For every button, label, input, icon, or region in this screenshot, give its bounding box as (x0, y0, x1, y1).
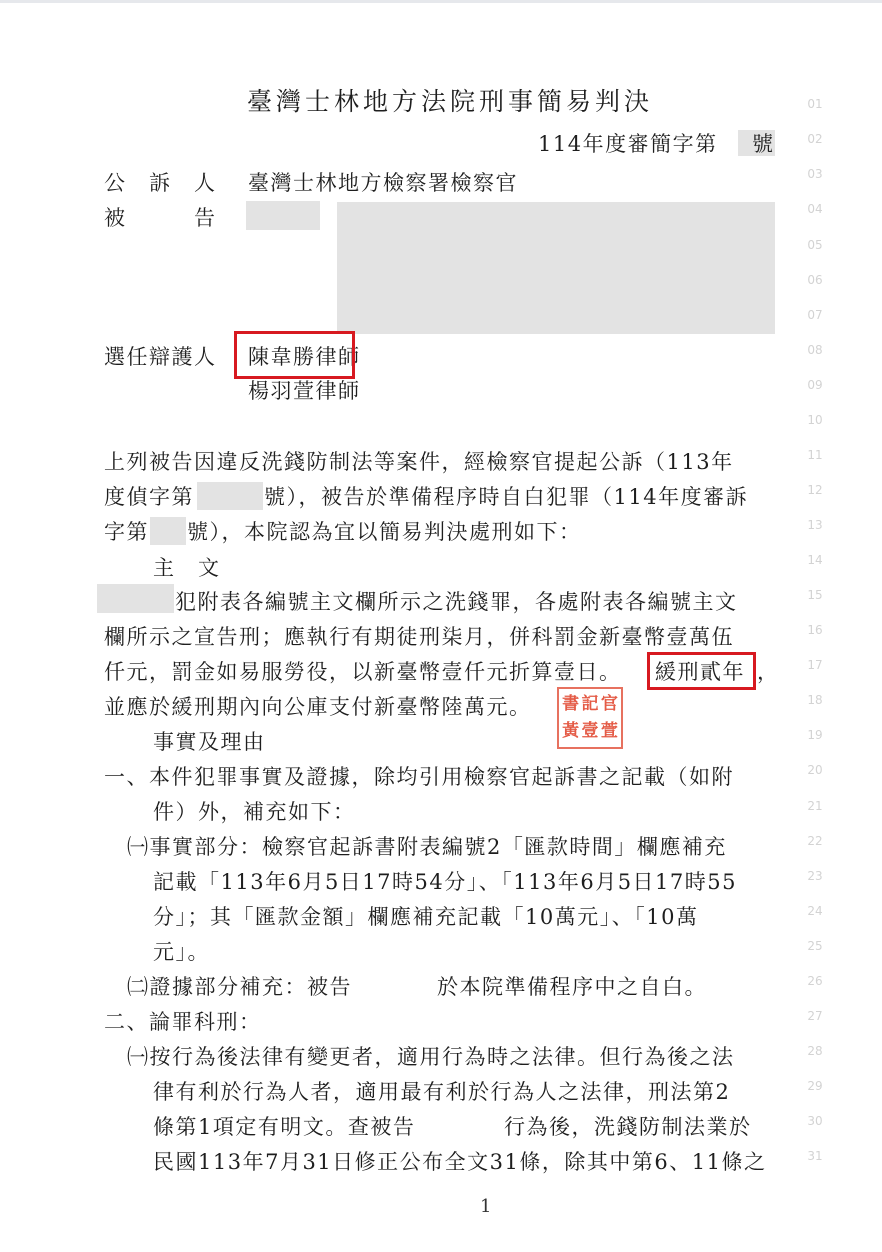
main-text-line-3b: ， (757, 659, 780, 685)
judgment-page: 臺灣士林地方法院刑事簡易判決 114年度審簡字第 號 公 訴 人 臺灣士林地方檢… (0, 0, 882, 1252)
line-number: 18 (800, 693, 830, 707)
main-text-line-3a: 仟元，罰金如易服勞役，以新臺幣壹仟元折算壹日。 (104, 659, 622, 685)
section-1-line-1: 一、本件犯罪事實及證據，除均引用檢察官起訴書之記載（如附 (104, 764, 734, 790)
line-number: 26 (800, 974, 830, 988)
line-number: 27 (800, 1009, 830, 1023)
prosecutor-label: 公 訴 人 (104, 170, 217, 196)
section-2a-line-3b: 行為後，洗錢防制法業於 (504, 1114, 752, 1140)
line-number: 31 (800, 1149, 830, 1163)
line-number: 22 (800, 834, 830, 848)
line-number: 01 (800, 97, 830, 111)
page-number: 1 (480, 1196, 491, 1217)
line-number: 09 (800, 378, 830, 392)
seal-char: 黃 (561, 723, 580, 740)
line-number: 21 (800, 799, 830, 813)
intro-line-2b: 號），被告於準備程序時自白犯罪（114年度審訴 (264, 484, 748, 510)
line-number: 12 (800, 483, 830, 497)
seal-char: 記 (580, 696, 599, 713)
section-1a-line-4: 元」。 (153, 939, 210, 965)
intro-line-2a: 度偵字第 (104, 484, 194, 510)
defense-label: 選任辯護人 (104, 344, 217, 370)
line-number: 08 (800, 343, 830, 357)
line-number: 02 (800, 132, 830, 146)
intro-line-3a: 字第 (104, 519, 149, 545)
line-number: 24 (800, 904, 830, 918)
section-1a-line-2: 記載「113年6月5日17時54分」、「113年6月5日17時55 (153, 869, 737, 895)
section-1a-line-1: ㈠事實部分：檢察官起訴書附表編號2「匯款時間」欄應補充 (127, 834, 727, 860)
seal-char: 書 (561, 696, 580, 713)
section-1b-line-1a: ㈡證據部分補充：被告 (127, 974, 352, 1000)
line-number: 04 (800, 202, 830, 216)
redaction-trial-number (150, 517, 186, 545)
intro-line-1: 上列被告因違反洗錢防制法等案件，經檢察官提起公訴（113年 (104, 449, 734, 475)
section-1b-line-1b: 於本院準備程序中之自白。 (437, 974, 707, 1000)
line-number: 15 (800, 588, 830, 602)
section-2a-line-3a: 條第1項定有明文。查被告 (153, 1114, 415, 1140)
main-text-heading: 主 文 (153, 555, 221, 581)
seal-char: 壹 (580, 723, 599, 740)
line-number: 14 (800, 553, 830, 567)
line-number: 30 (800, 1114, 830, 1128)
section-2a-line-1: ㈠按行為後法律有變更者，適用行為時之法律。但行為後之法 (127, 1044, 735, 1070)
section-1-line-2: 件）外，補充如下： (153, 799, 356, 825)
case-number-prefix: 114年度審簡字第 (538, 131, 718, 157)
prosecutor-name: 臺灣士林地方檢察署檢察官 (248, 170, 518, 196)
section-1a-line-3: 分」；其「匯款金額」欄應補充記載「10萬元」、「10萬 (153, 904, 698, 930)
section-2a-line-4: 民國113年7月31日修正公布全文31條，除其中第6、11條之 (153, 1149, 766, 1175)
highlight-box-probation (647, 652, 756, 690)
section-2a-line-2: 律有利於行為人者，適用最有利於行為人之法律，刑法第2 (153, 1079, 730, 1105)
line-number: 20 (800, 763, 830, 777)
line-number: 06 (800, 273, 830, 287)
case-number-suffix: 號 (752, 131, 775, 157)
line-number: 17 (800, 658, 830, 672)
main-text-line-1: 犯附表各編號主文欄所示之洗錢罪，各處附表各編號主文 (175, 589, 738, 615)
intro-line-3b: 號），本院認為宜以簡易判決處刑如下： (187, 519, 582, 545)
line-number: 25 (800, 939, 830, 953)
seal-char: 萱 (600, 723, 619, 740)
defense-attorney-2: 楊羽萱律師 (248, 378, 361, 404)
line-number: 11 (800, 448, 830, 462)
redaction-indictment-number (197, 482, 263, 510)
line-number: 05 (800, 238, 830, 252)
line-number: 28 (800, 1044, 830, 1058)
highlight-box-attorney (234, 331, 355, 379)
line-number: 19 (800, 728, 830, 742)
line-number: 07 (800, 308, 830, 322)
line-number: 13 (800, 518, 830, 532)
defendant-label: 被 告 (104, 205, 217, 231)
redaction-defendant-name (246, 201, 320, 230)
line-number: 29 (800, 1079, 830, 1093)
line-number: 23 (800, 869, 830, 883)
line-number: 16 (800, 623, 830, 637)
clerk-seal-stamp: 書 記 官 黃 壹 萱 (557, 687, 623, 749)
document-title: 臺灣士林地方法院刑事簡易判決 (247, 89, 653, 115)
main-text-line-2: 欄所示之宣告刑；應執行有期徒刑柒月，併科罰金新臺幣壹萬伍 (104, 624, 734, 650)
main-text-line-4: 並應於緩刑期內向公庫支付新臺幣陸萬元。 (104, 694, 532, 720)
redaction-defendant-details (337, 202, 775, 334)
facts-heading: 事實及理由 (153, 729, 266, 755)
seal-char: 官 (600, 696, 619, 713)
line-number: 03 (800, 167, 830, 181)
line-number: 10 (800, 413, 830, 427)
redaction-defendant-main (97, 584, 174, 613)
section-2-heading: 二、論罪科刑： (104, 1009, 262, 1035)
